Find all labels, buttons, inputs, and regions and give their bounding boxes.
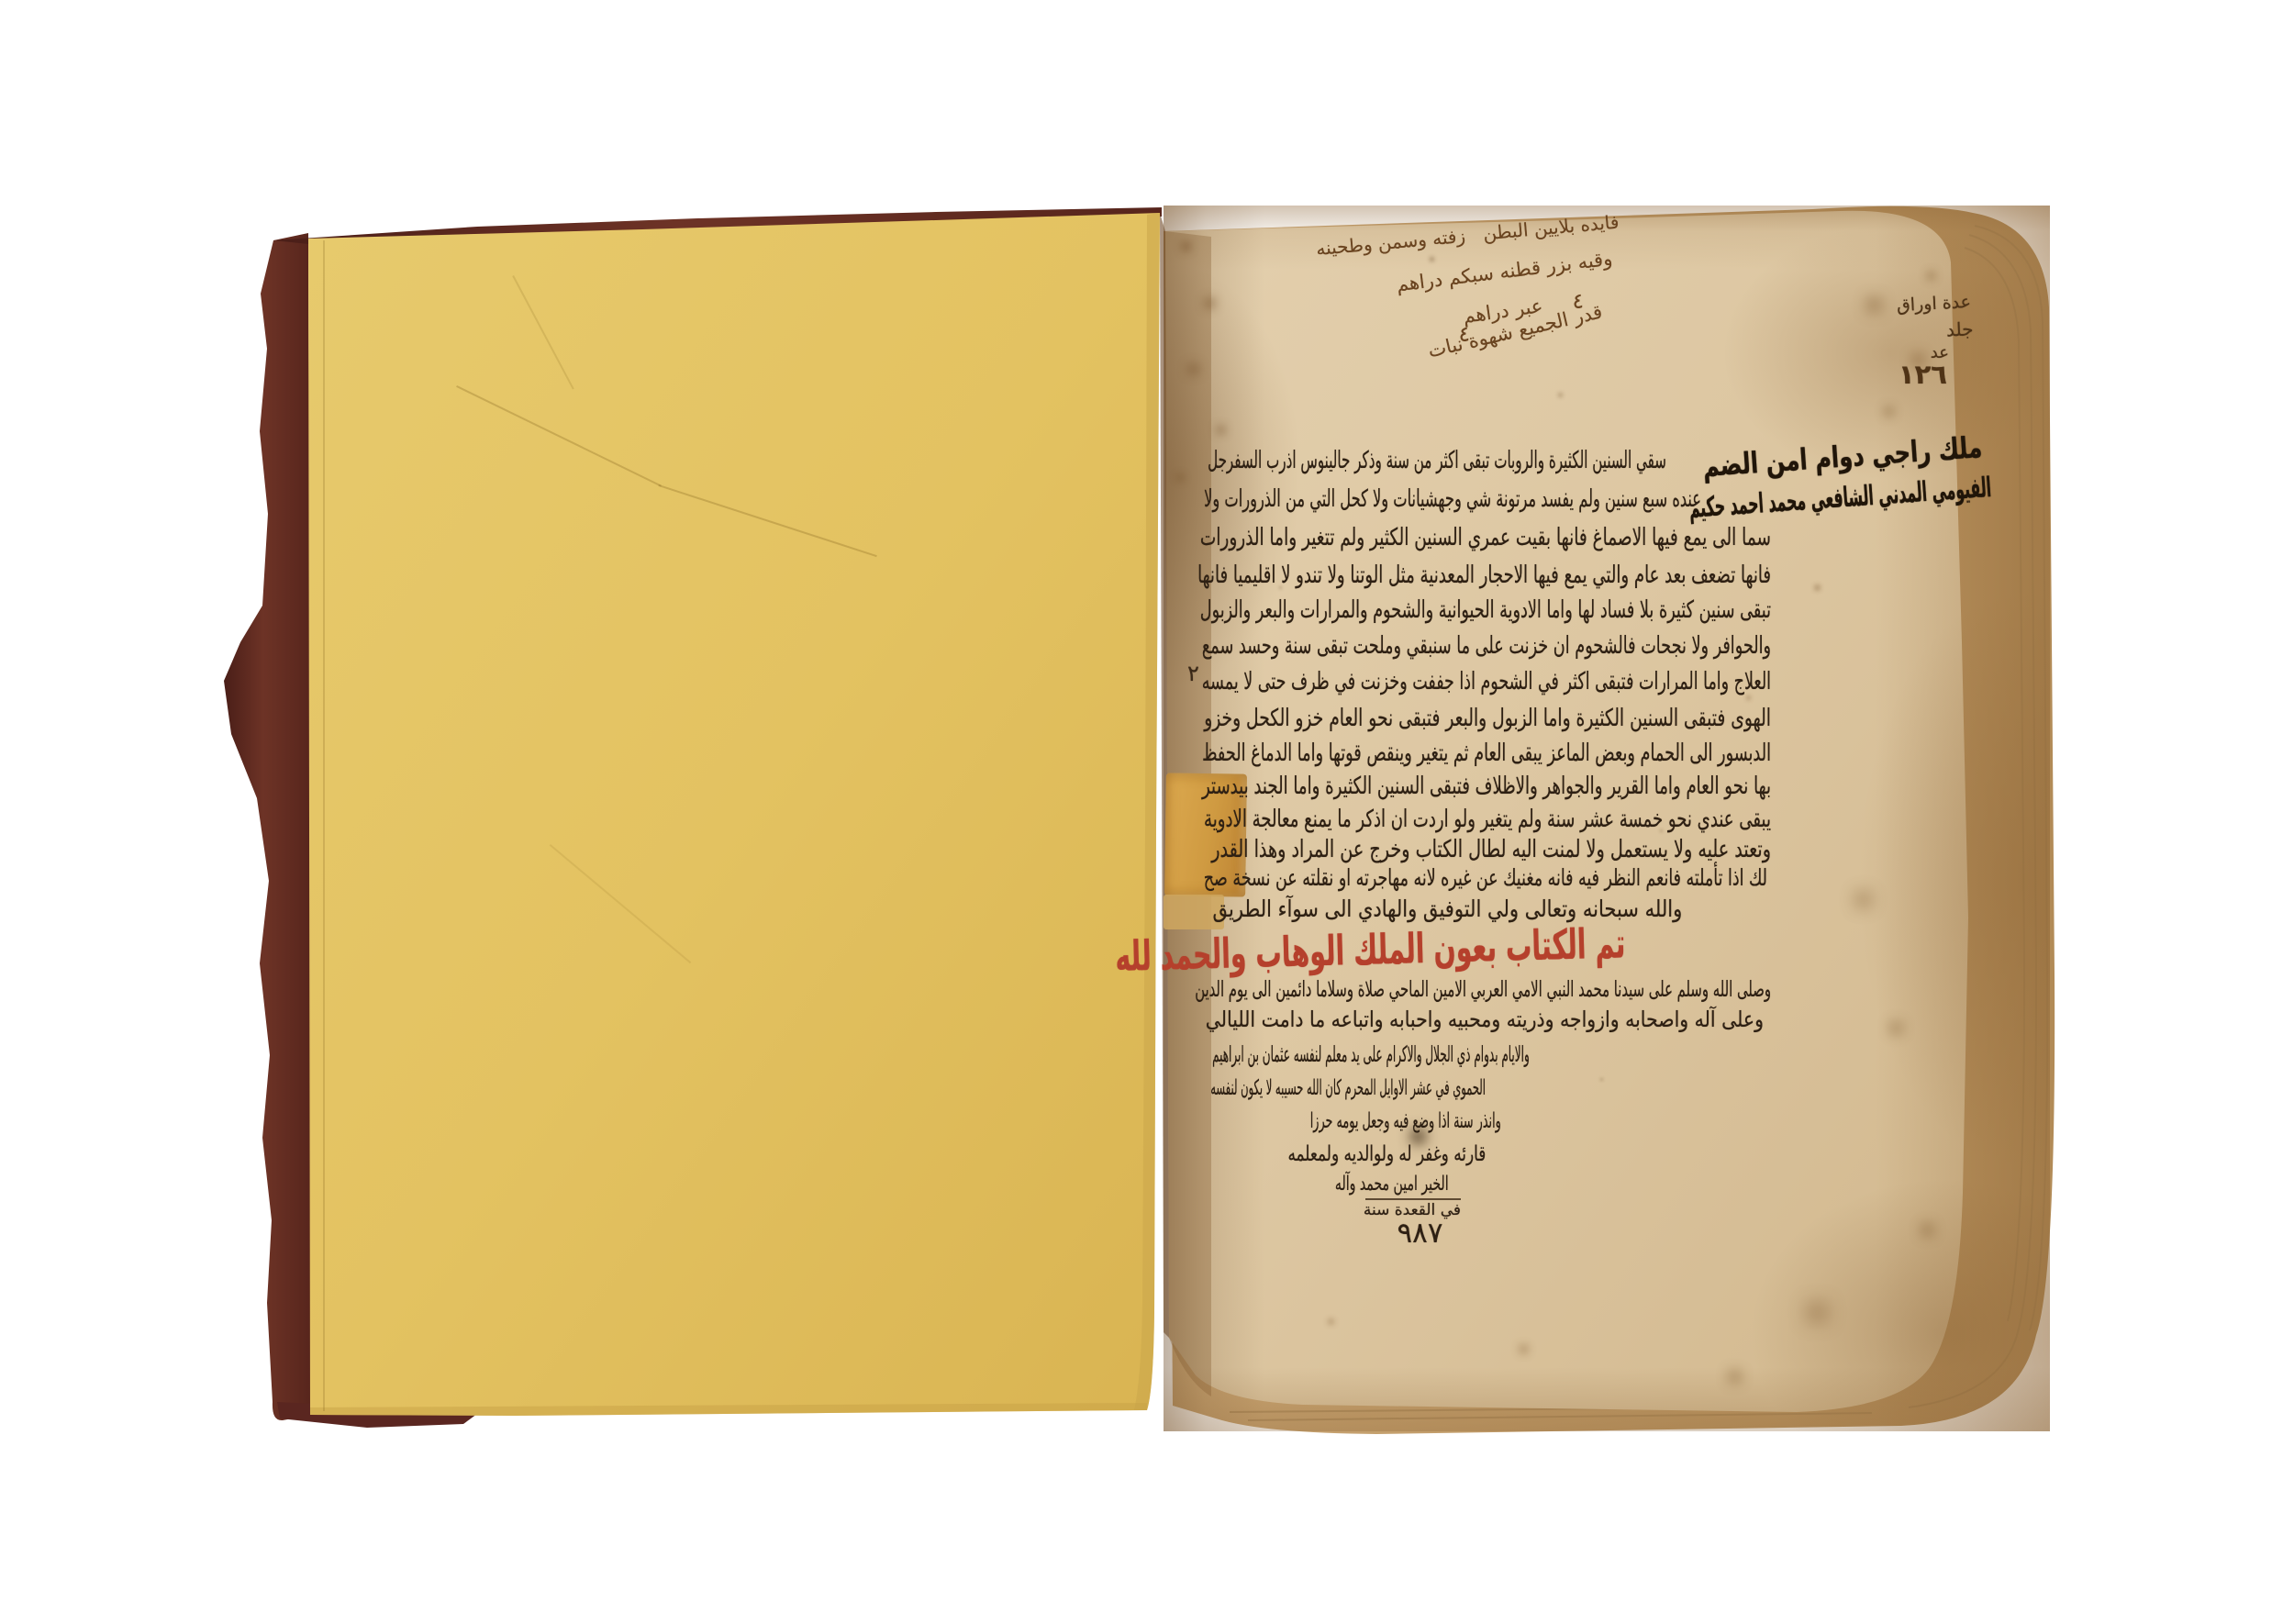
endpaper-fold-line <box>323 240 325 1411</box>
leather-spine-edge <box>224 233 312 1420</box>
open-manuscript-book <box>0 0 2294 1624</box>
main-text-line: العلاج واما المرارات فتبقى اكثر في الشحو… <box>1388 668 1771 695</box>
colophon-line: الخير امين محمد وآله <box>1375 1173 1448 1196</box>
main-text-line: الهوى فتبقى السنين الكثيرة واما الزبول و… <box>1364 705 1771 732</box>
main-text-line: عنده سبع سنين ولم يفسد مرتونة شي وجهشيان… <box>1390 485 1701 513</box>
left-endpaper-page <box>308 213 1160 1416</box>
colophon-line: قارئه وغفر له ولوالديه ولمعلمه <box>1341 1142 1487 1166</box>
colophon-line: الحموي في عشر الاوايل المحرم كان الله حس… <box>1361 1076 1486 1100</box>
main-text-line: سقي السنين الكثيرة والروبات تبقى اكثر من… <box>1399 447 1666 474</box>
main-text-line: والحوافر ولا نجحات فالشحوم ان خزنت على م… <box>1385 632 1771 660</box>
foxing-spots <box>0 0 1 1</box>
colophon-line: والايام بدوام ذي الجلال والاكرام على يد … <box>1371 1041 1530 1067</box>
colophon-line: وانذر سنة اذا وضع فيه وجعل يومه حرزا <box>1395 1109 1501 1133</box>
margin-correction-mark: ٢ <box>1187 661 1199 686</box>
blessing-line: وعلى آله واصحابه وازواجه وذريته ومحبيه و… <box>1288 1007 1764 1032</box>
main-text-line: يبقى عندي نحو خمسة عشر سنة ولم يتغير ولو… <box>1376 806 1771 833</box>
blessing-line: وصلى الله وسلم على سيدنا محمد النبي الام… <box>1415 976 1771 1002</box>
corner-folio-number: ١٢٦ <box>1899 359 1947 390</box>
main-text-line: فانها تضعف بعد عام والتي يمع فيها الاحجا… <box>1372 562 1771 589</box>
main-text-line: سما الى يمع فيها الاصماغ فانها بقيت عمري… <box>1365 524 1771 551</box>
main-text-line: بها نحو العام واما القرير والجواهر والاظ… <box>1375 773 1771 800</box>
main-text-line: لك اذا تأملته فانعم النظر فيه فانه مغنيك… <box>1375 864 1767 891</box>
main-text-line: الدبسور الى الحمام وبعض الماعز يبقى العا… <box>1385 740 1771 767</box>
main-text-line: وتعتد عليه ولا يستعمل ولا لمنت اليه لطال… <box>1358 836 1771 863</box>
corner-note-line1: عدة اوراق <box>1897 292 1972 316</box>
colophon-year: ٩٨٧ <box>1376 1217 1464 1250</box>
manuscript-photo-stage: { "artifact_colors": { "background": "#f… <box>0 0 2294 1624</box>
red-colophon-line: تم الكتاب بعون الملك الوهاب والحمد لله <box>1303 918 1626 975</box>
main-text-line: تبقى سنين كثيرة بلا فساد لها واما الادوي… <box>1384 596 1771 624</box>
corner-note-line2: جلد <box>1945 317 1973 340</box>
